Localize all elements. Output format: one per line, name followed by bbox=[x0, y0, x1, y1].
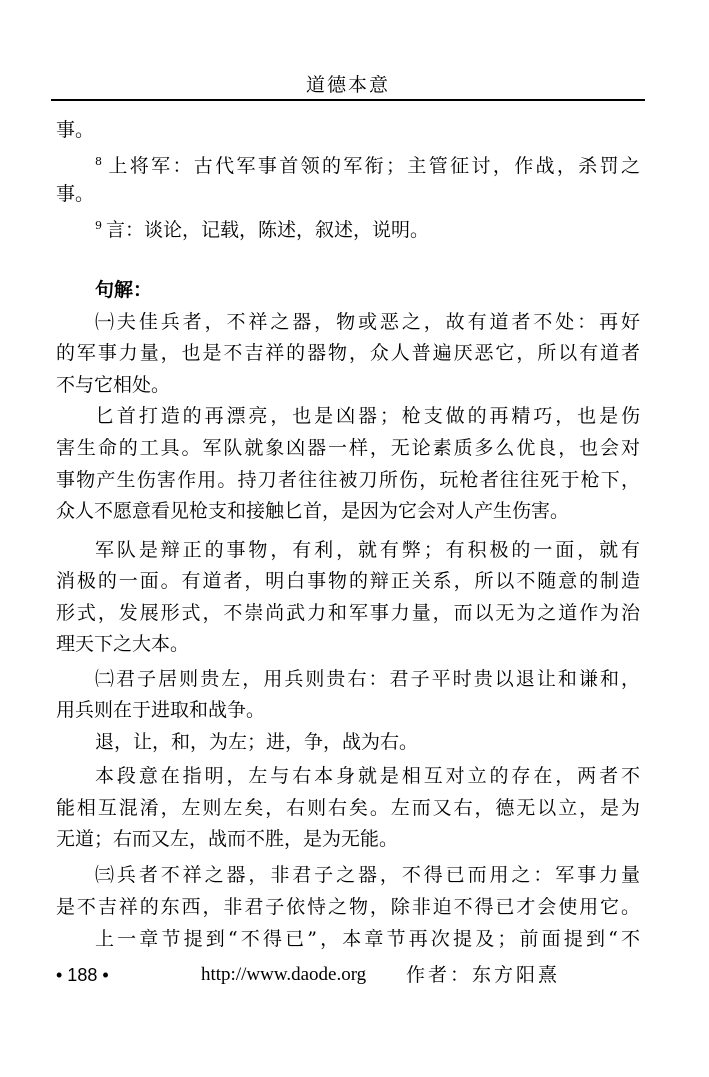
paragraph-5-line-1: 退，让，和，为左；进，争，战为右。 bbox=[95, 729, 640, 755]
paragraph-1-line-1: ㈠夫佳兵者，不祥之器，物或恶之，故有道者不处：再好 bbox=[95, 309, 640, 335]
footnote-9-text: 言：谈论，记载，陈述，叙述，说明。 bbox=[106, 219, 429, 241]
paragraph-1-line-3: 不与它相处。 bbox=[56, 372, 640, 398]
paragraph-6-line-2: 能相互混淆，左则左矣，右则右矣。左而又右，德无以立，是为 bbox=[56, 795, 640, 821]
page-footer: • 188 • http://www.daode.org 作者：东方阳熹 bbox=[56, 962, 640, 988]
footnote-8-text: 上将军：古代军事首领的军衔；主管征讨，作战，杀罚之 bbox=[106, 155, 640, 177]
paragraph-4-line-1: ㈡君子居则贵左，用兵则贵右：君子平时贵以退让和谦和， bbox=[95, 666, 640, 692]
footnote-9-marker: 9 bbox=[95, 219, 102, 232]
website-link[interactable]: http://www.daode.org bbox=[201, 962, 366, 988]
paragraph-7-line-1: ㈢兵者不祥之器，非君子之器，不得已而用之：军事力量 bbox=[95, 862, 640, 888]
paragraph-6-line-3: 无道；右而又左，战而不胜，是为无能。 bbox=[56, 826, 640, 852]
paragraph-4-line-2: 用兵则在于进取和战争。 bbox=[56, 697, 640, 723]
paragraph-3-line-4: 理天下之大本。 bbox=[56, 631, 640, 657]
section-heading: 句解： bbox=[95, 277, 640, 303]
paragraph-3-line-2: 消极的一面。有道者，明白事物的辩正关系，所以不随意的制造 bbox=[56, 568, 640, 594]
paragraph-2-line-1: 匕首打造的再漂亮，也是凶器；枪支做的再精巧，也是伤 bbox=[95, 403, 640, 429]
header-rule bbox=[51, 99, 645, 101]
footnote-8-marker: 8 bbox=[95, 155, 102, 168]
running-head-title: 道德本意 bbox=[51, 73, 645, 97]
page-number: • 188 • bbox=[56, 962, 109, 988]
paragraph-3-line-3: 形式，发展形式，不崇尚武力和军事力量，而以无为之道作为治 bbox=[56, 600, 640, 626]
paragraph-1-line-2: 的军事力量，也是不吉祥的器物，众人普遍厌恶它，所以有道者 bbox=[56, 340, 640, 366]
paragraph-7-line-2: 是不吉祥的东西，非君子依恃之物，除非迫不得已才会使用它。 bbox=[56, 894, 640, 920]
paragraph-8-line-1: 上一章节提到“不得已”，本章节再次提及；前面提到“不 bbox=[95, 926, 640, 952]
footnote-8-line-2: 事。 bbox=[56, 181, 640, 207]
paragraph-6-line-1: 本段意在指明，左与右本身就是相互对立的存在，两者不 bbox=[95, 763, 640, 789]
paragraph-3-line-1: 军队是辩正的事物，有利，就有弊；有积极的一面，就有 bbox=[95, 537, 640, 563]
footnote-9-line-1: 9言：谈论，记载，陈述，叙述，说明。 bbox=[95, 213, 640, 239]
paragraph-2-line-3: 事物产生伤害作用。持刀者往往被刀所伤，玩枪者往往死于枪下， bbox=[56, 467, 640, 493]
footnote-continuation: 事。 bbox=[56, 117, 640, 143]
paragraph-2-line-2: 害生命的工具。军队就象凶器一样，无论素质多么优良，也会对 bbox=[56, 435, 640, 461]
author-credit: 作者：东方阳熹 bbox=[406, 962, 560, 988]
paragraph-2-line-4: 众人不愿意看见枪支和接触匕首，是因为它会对人产生伤害。 bbox=[56, 498, 640, 524]
footnote-8-line-1: 8上将军：古代军事首领的军衔；主管征讨，作战，杀罚之 bbox=[95, 149, 640, 175]
